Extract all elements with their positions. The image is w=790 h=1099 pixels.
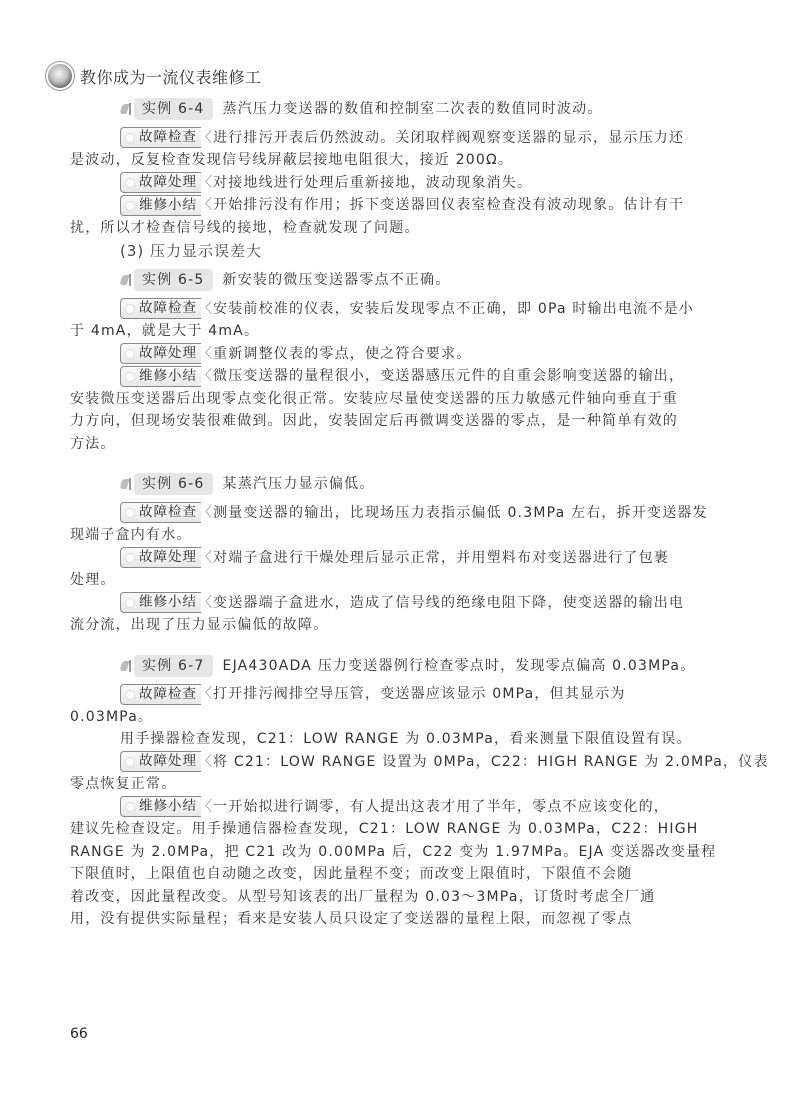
- case-title-row: 实例 6-7EJA430ADA 压力变送器例行检查零点时，发现零点偏高 0.03…: [70, 655, 730, 678]
- summary-tag: 维修小结: [120, 366, 211, 387]
- text-line: 0.03MPa。: [70, 706, 730, 729]
- tag-label: 故障处理: [120, 343, 201, 364]
- text: 一开始拟进行调零，有人提出这表才用了半年，零点不应该变化的，: [213, 799, 669, 815]
- fault-check-tag: 故障检查: [120, 502, 211, 523]
- page-body: 实例 6-4蒸汽压力变送器的数值和控制室二次表的数值同时波动。 故障检查进行排污…: [70, 98, 730, 931]
- running-header: 教你成为一流仪表维修工: [48, 64, 262, 88]
- fault-fix-tag: 故障处理: [120, 751, 211, 772]
- chevron-icon: [201, 195, 211, 215]
- book-title: 教你成为一流仪表维修工: [80, 65, 262, 88]
- case-label: 实例 6-5: [134, 269, 213, 291]
- text-line: 扰，所以才检查信号线的接地，检查就发现了问题。: [70, 217, 730, 240]
- fault-fix-tag: 故障处理: [120, 547, 211, 568]
- text-line: 零点恢复正常。: [70, 773, 730, 796]
- case-label: 实例 6-6: [134, 473, 213, 495]
- text-line: 方法。: [70, 433, 730, 456]
- paragraph: 故障处理对接地线进行处理后重新接地，波动现象消失。: [70, 172, 730, 195]
- summary-tag: 维修小结: [120, 592, 211, 613]
- text-line: 安装微压变送器后出现零点变化很正常。安装应尽量使变送器的压力敏感元件轴向垂直于重: [70, 388, 730, 411]
- text: 开始排污没有作用；拆下变送器回仪表室检查没有波动现象。估计有干: [213, 197, 684, 213]
- tag-label: 故障检查: [120, 127, 201, 148]
- paragraph: 故障检查安装前校准的仪表，安装后发现零点不正确，即 0Pa 时输出电流不是小: [70, 298, 730, 321]
- text-line: RANGE 为 2.0MPa，把 C21 改为 0.00MPa 后，C22 变为…: [70, 841, 730, 864]
- text: 对接地线进行处理后重新接地，波动现象消失。: [213, 175, 532, 191]
- chevron-icon: [201, 366, 211, 386]
- pointer-icon: [120, 273, 132, 287]
- tag-label: 故障检查: [120, 502, 201, 523]
- case-title-row: 实例 6-6某蒸汽压力显示偏低。: [70, 473, 730, 496]
- summary-tag: 维修小结: [120, 796, 211, 817]
- case-tag: 实例 6-7: [120, 655, 213, 677]
- case-tag: 实例 6-4: [120, 98, 213, 120]
- chevron-icon: [201, 548, 211, 568]
- pointer-icon: [120, 102, 132, 116]
- text: 测量变送器的输出，比现场压力表指示偏低 0.3MPa 左右，拆开变送器发: [213, 505, 708, 521]
- tag-label: 故障处理: [120, 751, 201, 772]
- tag-label: 维修小结: [120, 195, 201, 216]
- chevron-icon: [201, 593, 211, 613]
- text-line: 现端子盒内有水。: [70, 524, 730, 547]
- tag-label: 维修小结: [120, 592, 201, 613]
- case-title: 某蒸汽压力显示偏低。: [223, 476, 375, 492]
- fault-check-tag: 故障检查: [120, 684, 211, 705]
- text-line: 下限值时，上限值也自动随之改变，因此量程不变；而改变上限值时，下限值不会随: [70, 863, 730, 886]
- paragraph: 维修小结变送器端子盒进水，造成了信号线的绝缘电阻下降，使变送器的输出电: [70, 592, 730, 615]
- text-line: 用手操器检查发现，C21：LOW RANGE 为 0.03MPa，看来测量下限值…: [70, 728, 730, 751]
- paragraph: 故障检查测量变送器的输出，比现场压力表指示偏低 0.3MPa 左右，拆开变送器发: [70, 502, 730, 525]
- fault-fix-tag: 故障处理: [120, 172, 211, 193]
- case-tag: 实例 6-5: [120, 269, 213, 291]
- text: 对端子盒进行干燥处理后显示正常，并用塑料布对变送器进行了包裹: [213, 550, 669, 566]
- tag-label: 故障检查: [120, 684, 201, 705]
- gear-ring-icon: [48, 64, 72, 88]
- chevron-icon: [201, 128, 211, 148]
- paragraph: 维修小结一开始拟进行调零，有人提出这表才用了半年，零点不应该变化的，: [70, 796, 730, 819]
- text: 重新调整仪表的零点，使之符合要求。: [213, 346, 471, 362]
- text-line: 是波动，反复检查发现信号线屏蔽层接地电阻很大，接近 200Ω。: [70, 149, 730, 172]
- chevron-icon: [201, 344, 211, 364]
- chevron-icon: [201, 503, 211, 523]
- paragraph: 故障检查进行排污开表后仍然波动。关闭取样阀观察变送器的显示，显示压力还: [70, 127, 730, 150]
- case-title-row: 实例 6-4蒸汽压力变送器的数值和控制室二次表的数值同时波动。: [70, 98, 730, 121]
- text-line: 用，没有提供实际量程；看来是安装人员只设定了变送器的量程上限，而忽视了零点: [70, 908, 730, 931]
- paragraph: 故障处理对端子盒进行干燥处理后显示正常，并用塑料布对变送器进行了包裹: [70, 547, 730, 570]
- tag-label: 故障检查: [120, 298, 201, 319]
- case-title: 蒸汽压力变送器的数值和控制室二次表的数值同时波动。: [223, 101, 603, 117]
- fault-fix-tag: 故障处理: [120, 343, 211, 364]
- text: 微压变送器的量程很小，变送器感压元件的自重会影响变送器的输出，: [213, 368, 684, 384]
- pointer-icon: [120, 477, 132, 491]
- case-title: EJA430ADA 压力变送器例行检查零点时，发现零点偏高 0.03MPa。: [223, 658, 696, 674]
- text-line: 着改变，因此量程改变。从型号知该表的出厂量程为 0.03～3MPa，订货时考虑全…: [70, 886, 730, 909]
- text: 变送器端子盒进水，造成了信号线的绝缘电阻下降，使变送器的输出电: [213, 595, 684, 611]
- tag-label: 维修小结: [120, 366, 201, 387]
- chevron-icon: [201, 299, 211, 319]
- summary-tag: 维修小结: [120, 195, 211, 216]
- text-line: 建议先检查设定。用手操通信器检查发现，C21：LOW RANGE 为 0.03M…: [70, 818, 730, 841]
- case-tag: 实例 6-6: [120, 473, 213, 495]
- section-heading: (3) 压力显示误差大: [70, 239, 730, 263]
- tag-label: 故障处理: [120, 172, 201, 193]
- fault-check-tag: 故障检查: [120, 298, 211, 319]
- tag-label: 故障处理: [120, 547, 201, 568]
- page-number: 66: [70, 1026, 88, 1042]
- chevron-icon: [201, 684, 211, 704]
- text-line: 处理。: [70, 569, 730, 592]
- text-line: 于 4mA，就是大于 4mA。: [70, 320, 730, 343]
- text-line: 力方向，但现场安装很难做到。因此，安装固定后再微调变送器的零点，是一种简单有效的: [70, 410, 730, 433]
- chevron-icon: [201, 173, 211, 193]
- text: 打开排污阀排空导压管，变送器应该显示 0MPa，但其显示为: [213, 686, 626, 702]
- paragraph: 故障检查打开排污阀排空导压管，变送器应该显示 0MPa，但其显示为: [70, 683, 730, 706]
- case-title: 新安装的微压变送器零点不正确。: [223, 272, 451, 288]
- text: 安装前校准的仪表，安装后发现零点不正确，即 0Pa 时输出电流不是小: [213, 301, 694, 317]
- text: 将 C21：LOW RANGE 设置为 0MPa，C22：HIGH RANGE …: [213, 754, 769, 770]
- text-line: 流分流，出现了压力显示偏低的故障。: [70, 614, 730, 637]
- paragraph: 故障处理将 C21：LOW RANGE 设置为 0MPa，C22：HIGH RA…: [70, 751, 730, 774]
- chevron-icon: [201, 752, 211, 772]
- chevron-icon: [201, 797, 211, 817]
- case-label: 实例 6-7: [134, 655, 213, 677]
- paragraph: 维修小结微压变送器的量程很小，变送器感压元件的自重会影响变送器的输出，: [70, 365, 730, 388]
- fault-check-tag: 故障检查: [120, 127, 211, 148]
- pointer-icon: [120, 659, 132, 673]
- paragraph: 故障处理重新调整仪表的零点，使之符合要求。: [70, 343, 730, 366]
- case-title-row: 实例 6-5新安装的微压变送器零点不正确。: [70, 269, 730, 292]
- tag-label: 维修小结: [120, 796, 201, 817]
- text: 进行排污开表后仍然波动。关闭取样阀观察变送器的显示，显示压力还: [213, 130, 684, 146]
- case-label: 实例 6-4: [134, 98, 213, 120]
- paragraph: 维修小结开始排污没有作用；拆下变送器回仪表室检查没有波动现象。估计有干: [70, 194, 730, 217]
